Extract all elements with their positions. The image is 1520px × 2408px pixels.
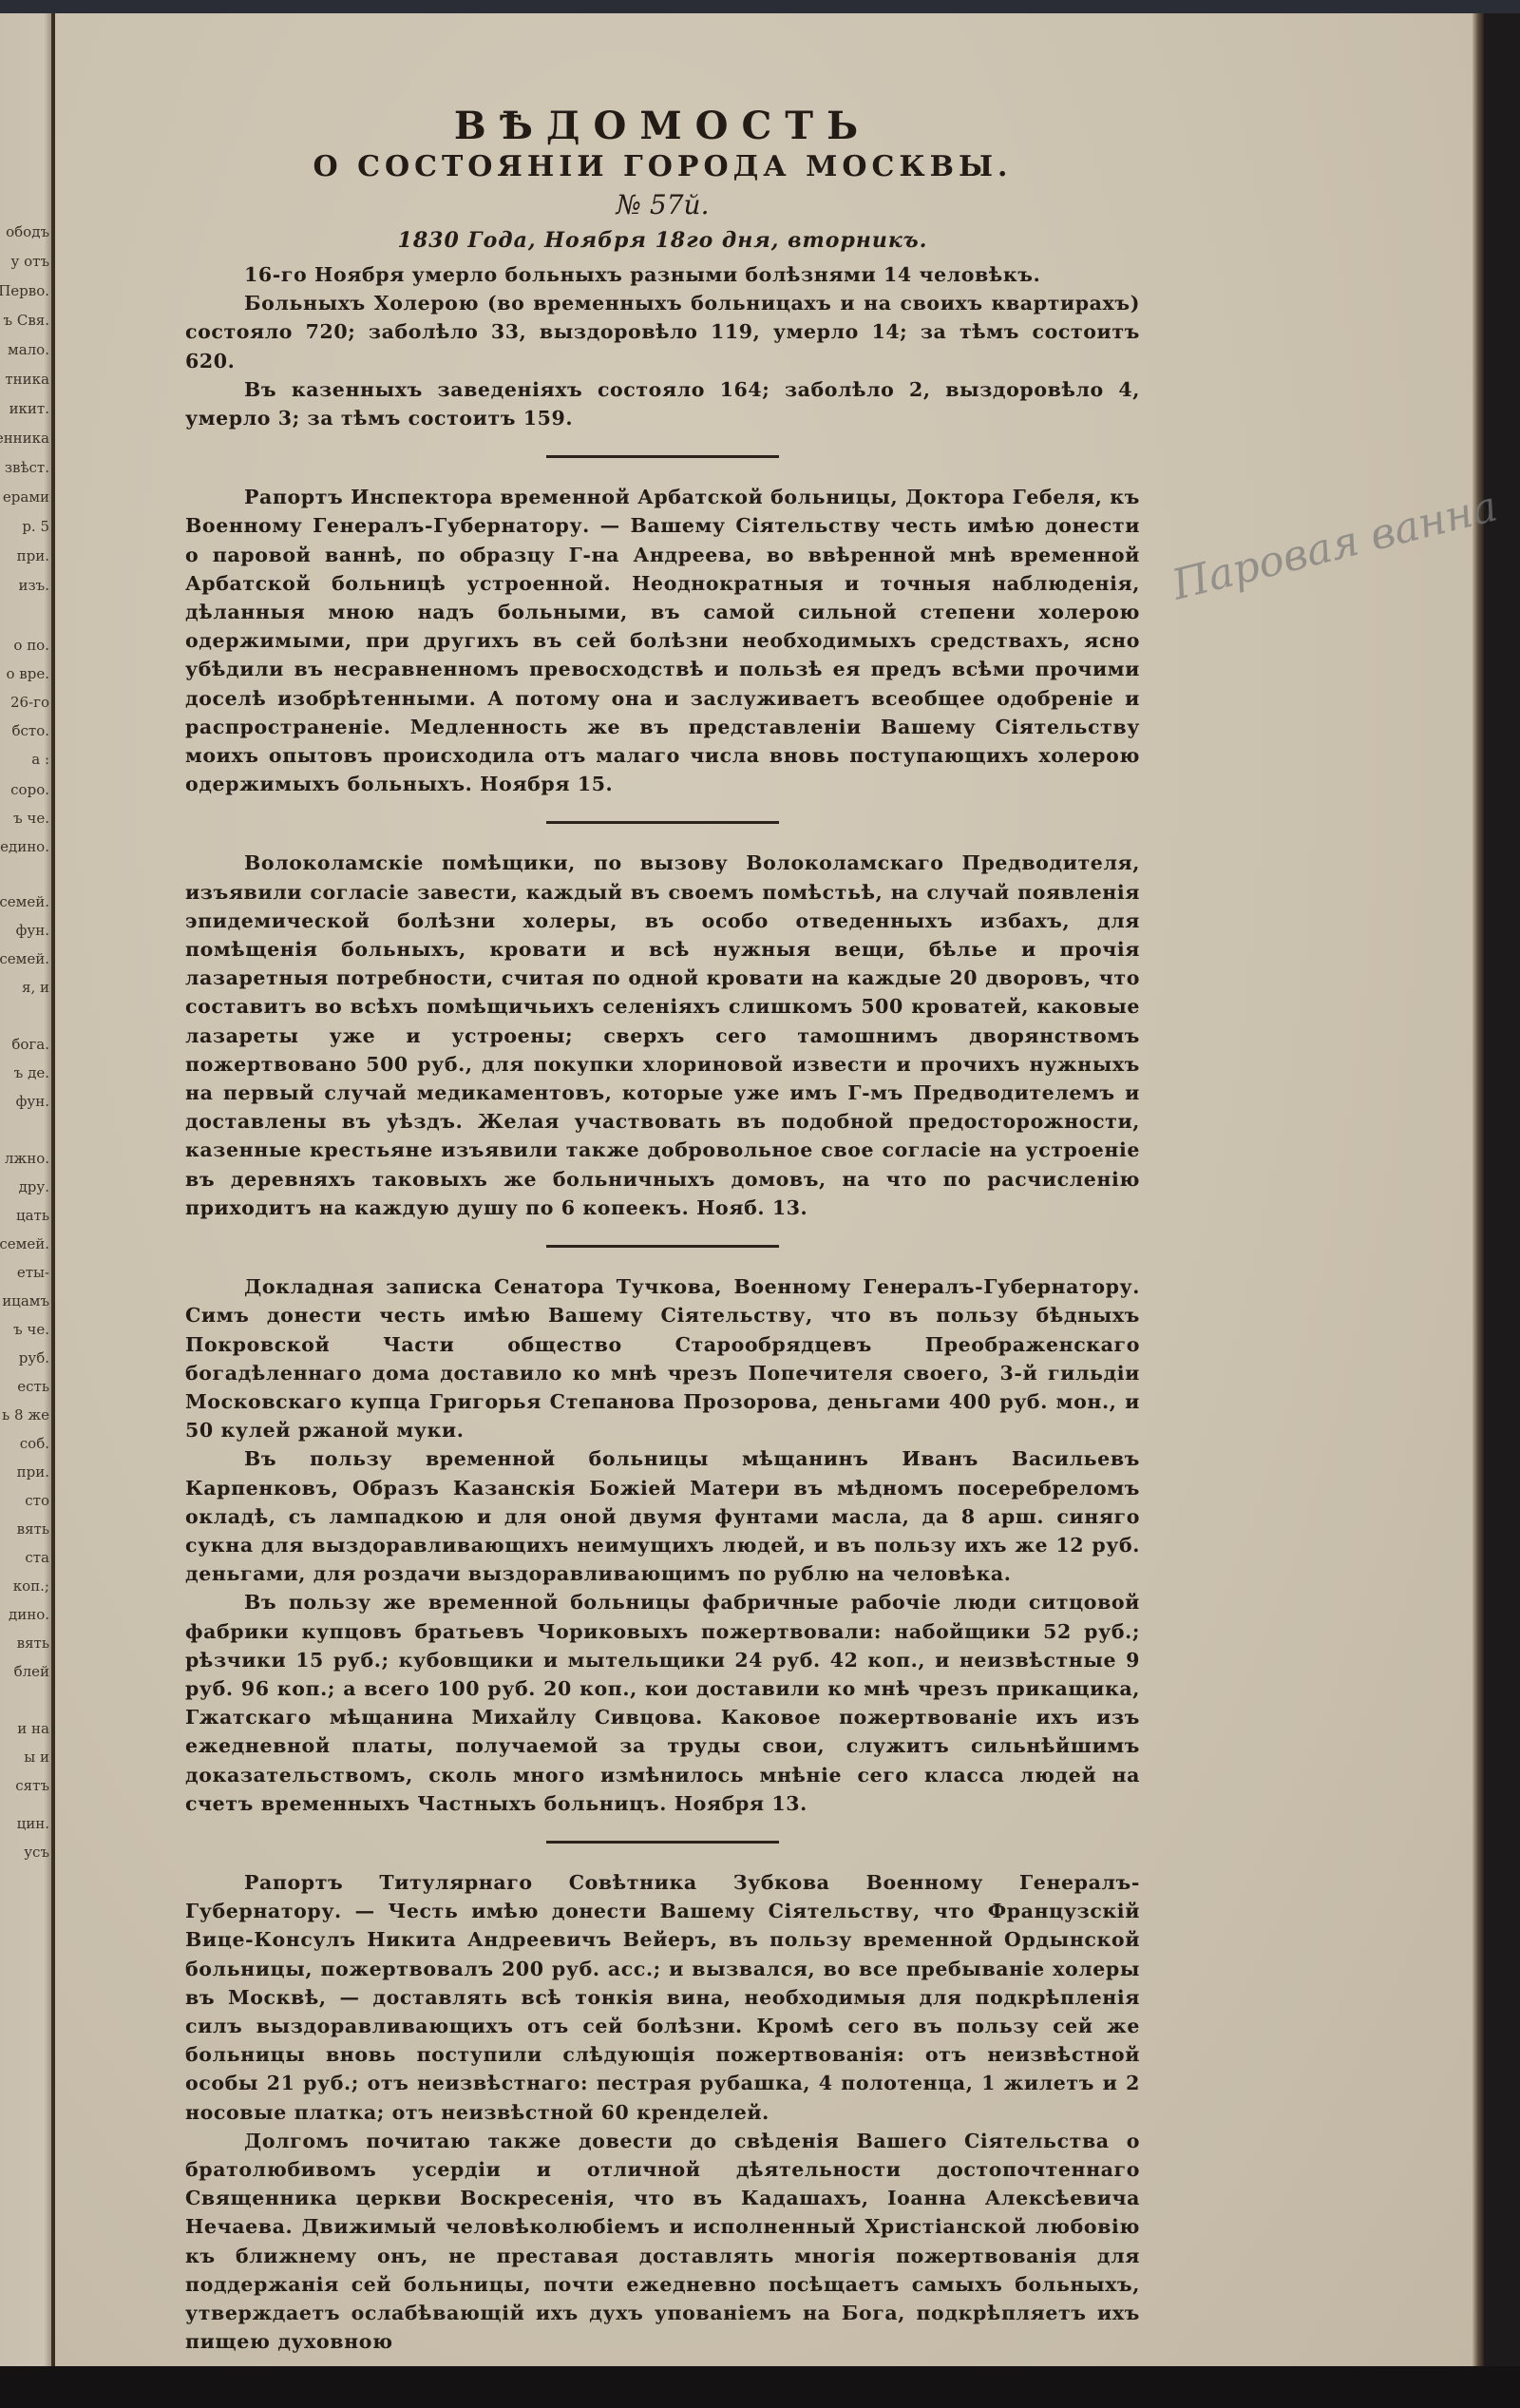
summary-state-institutions: Въ казенныхъ заведеніяхъ состояло 164; з…: [185, 375, 1140, 432]
facing-page-text-fragment: а :: [31, 751, 49, 768]
facing-page-text-fragment: вять: [17, 1634, 49, 1652]
facing-page-text-fragment: дино.: [9, 1606, 49, 1623]
facing-page-text-fragment: дру.: [19, 1178, 49, 1195]
page-edge: [1472, 13, 1484, 2368]
facing-page-text-fragment: ерами: [3, 488, 49, 506]
article-paragraph: Докладная записка Сенатора Тучкова, Воен…: [185, 1272, 1140, 1444]
article-volokolamsk-landowners: Волоколамскіе помѣщики, по вызову Волоко…: [185, 849, 1140, 1222]
facing-page-text-fragment: мало.: [8, 341, 49, 358]
facing-page-text-fragment: сто: [25, 1492, 49, 1509]
facing-page-text-fragment: при.: [17, 1463, 49, 1481]
facing-page-text-fragment: Перво.: [0, 282, 49, 299]
article-paragraph: Рапортъ Титулярнаго Совѣтника Зубкова Во…: [185, 1868, 1140, 2127]
facing-page-text-fragment: ь 8 же: [2, 1406, 49, 1424]
section-divider: [546, 821, 779, 824]
article-paragraph: Въ пользу же временной больницы фабричны…: [185, 1588, 1140, 1818]
facing-page-text-fragment: соро.: [10, 781, 49, 798]
facing-page-text-fragment: семей.: [0, 893, 49, 910]
facing-page-text-fragment: ъ че.: [13, 1321, 49, 1338]
facing-page-text-fragment: тника: [5, 371, 49, 388]
facing-page-text-fragment: ста: [25, 1549, 49, 1566]
facing-page-text-fragment: еты-: [17, 1264, 49, 1281]
section-divider: [546, 1245, 779, 1248]
facing-page-text-fragment: соб.: [20, 1435, 49, 1452]
article-paragraph: Волоколамскіе помѣщики, по вызову Волоко…: [185, 849, 1140, 1222]
facing-page-text-fragment: 26-го: [10, 694, 49, 711]
summary-deaths: 16-го Ноября умерло больныхъ разными бол…: [185, 260, 1140, 289]
facing-page-text-fragment: сятъ: [15, 1777, 49, 1794]
scan-bottom-border: [0, 2366, 1520, 2408]
article-paragraph: Рапортъ Инспектора временной Арбатской б…: [185, 483, 1140, 798]
facing-page-text-fragment: ъ Свя.: [4, 312, 49, 329]
facing-page-fragment: ободъу отъПерво.ъ Свя.мало.тникаикит.енн…: [0, 13, 55, 2370]
facing-page-text-fragment: я, и: [22, 979, 49, 996]
facing-page-text-fragment: ъ де.: [14, 1064, 49, 1081]
facing-page-text-fragment: семей.: [0, 950, 49, 967]
facing-page-text-fragment: у отъ: [11, 253, 49, 270]
facing-page-text-fragment: енника: [0, 430, 49, 447]
article-paragraph: Въ пользу временной больницы мѣщанинъ Ив…: [185, 1444, 1140, 1588]
scan-top-border: [0, 0, 1520, 13]
daily-summary: 16-го Ноября умерло больныхъ разными бол…: [185, 260, 1140, 432]
facing-page-text-fragment: о по.: [13, 637, 49, 654]
facing-page-text-fragment: руб.: [19, 1349, 49, 1366]
facing-page-text-fragment: цин.: [17, 1815, 49, 1832]
facing-page-text-fragment: семей.: [0, 1235, 49, 1252]
masthead-title: ВѢДОМОСТЬ: [185, 105, 1140, 148]
facing-page-text-fragment: ободъ: [6, 223, 49, 240]
facing-page-text-fragment: коп.;: [13, 1577, 49, 1595]
section-divider: [546, 455, 779, 458]
facing-page-text-fragment: и на: [17, 1720, 49, 1737]
facing-page-text-fragment: цать: [16, 1207, 49, 1224]
issue-number: № 57й.: [185, 188, 1140, 222]
facing-page-text-fragment: ы и: [24, 1749, 49, 1766]
facing-page-text-fragment: при.: [17, 547, 49, 564]
facing-page-text-fragment: о вре.: [7, 665, 50, 682]
article-gebel-report: Рапортъ Инспектора временной Арбатской б…: [185, 483, 1140, 798]
article-tuchkov-note: Докладная записка Сенатора Тучкова, Воен…: [185, 1272, 1140, 1818]
facing-page-text-fragment: лжно.: [5, 1150, 49, 1167]
facing-page-text-fragment: ъ че.: [13, 810, 49, 827]
facing-page-text-fragment: бсто.: [11, 722, 49, 739]
facing-page-text-fragment: фун.: [16, 1093, 49, 1110]
facing-page-text-fragment: едино.: [0, 838, 49, 855]
section-divider: [546, 1841, 779, 1844]
facing-page-text-fragment: р. 5: [22, 518, 49, 535]
page-content: ВѢДОМОСТЬ О СОСТОЯНІИ ГОРОДА МОСКВЫ. № 5…: [185, 105, 1140, 2356]
facing-page-text-fragment: блей: [14, 1663, 49, 1680]
facing-page-text-fragment: бога.: [11, 1036, 49, 1053]
masthead-subtitle: О СОСТОЯНІИ ГОРОДА МОСКВЫ.: [185, 148, 1140, 186]
facing-page-text-fragment: звѣст.: [5, 459, 49, 476]
summary-cholera-patients: Больныхъ Холерою (во временныхъ больница…: [185, 289, 1140, 375]
facing-page-text-fragment: ицамъ: [2, 1292, 49, 1309]
facing-page-text-fragment: фун.: [16, 922, 49, 939]
facing-page-text-fragment: усъ: [24, 1844, 49, 1861]
facing-page-text-fragment: икит.: [9, 400, 49, 417]
article-paragraph: Долгомъ почитаю также довести до свѣдені…: [185, 2127, 1140, 2357]
facing-page-text-fragment: изъ.: [19, 577, 50, 594]
article-zubkov-report: Рапортъ Титулярнаго Совѣтника Зубкова Во…: [185, 1868, 1140, 2356]
facing-page-text-fragment: вять: [17, 1520, 49, 1538]
dateline: 1830 Года, Ноября 18го дня, вторникъ.: [185, 226, 1140, 255]
facing-page-text-fragment: есть: [17, 1378, 49, 1395]
